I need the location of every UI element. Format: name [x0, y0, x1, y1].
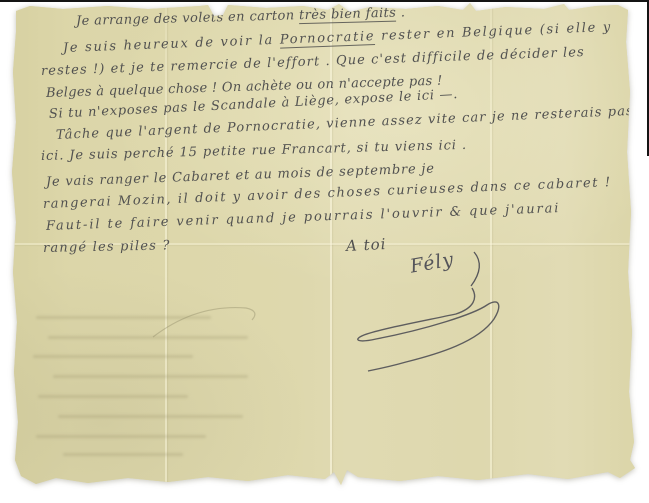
letter-text: Je arrange des volets en carton	[76, 8, 299, 29]
ink-showthrough	[63, 453, 183, 456]
letter-text-underlined: très bien faits	[299, 6, 397, 25]
letter-paper: Je arrange des volets en carton très bie…	[8, 2, 640, 494]
letter-text: Je suis heureux de voir la	[63, 33, 280, 56]
fold-crease-vertical-center	[330, 2, 332, 494]
ink-showthrough	[33, 355, 193, 358]
letter-text-underlined: Pornocratie	[280, 29, 376, 49]
ink-showthrough	[53, 375, 248, 378]
ink-showthrough	[48, 336, 248, 339]
letter-line-7: ici. Je suis perché 15 petite rue Franca…	[41, 139, 467, 164]
letter-line-1: Je arrange des volets en carton très bie…	[76, 6, 406, 29]
fold-crease-vertical-right	[490, 2, 492, 494]
letter-photo: Je arrange des volets en carton très bie…	[8, 2, 640, 494]
letter-closing: A toi	[346, 235, 387, 255]
letter-text: .	[396, 5, 405, 20]
letter-text: ici. Je suis perché 15 petite rue Franca…	[41, 138, 467, 164]
signature: Fély	[408, 248, 455, 277]
ink-showthrough	[36, 435, 206, 438]
ink-showthrough	[58, 415, 243, 418]
ink-showthrough	[36, 316, 211, 319]
letter-line-11: rangé les piles ?	[43, 239, 171, 256]
letter-text: rester en Belgique (si elle y	[375, 20, 612, 44]
ink-showthrough	[38, 395, 188, 398]
letter-text: rangé les piles ?	[43, 238, 171, 256]
